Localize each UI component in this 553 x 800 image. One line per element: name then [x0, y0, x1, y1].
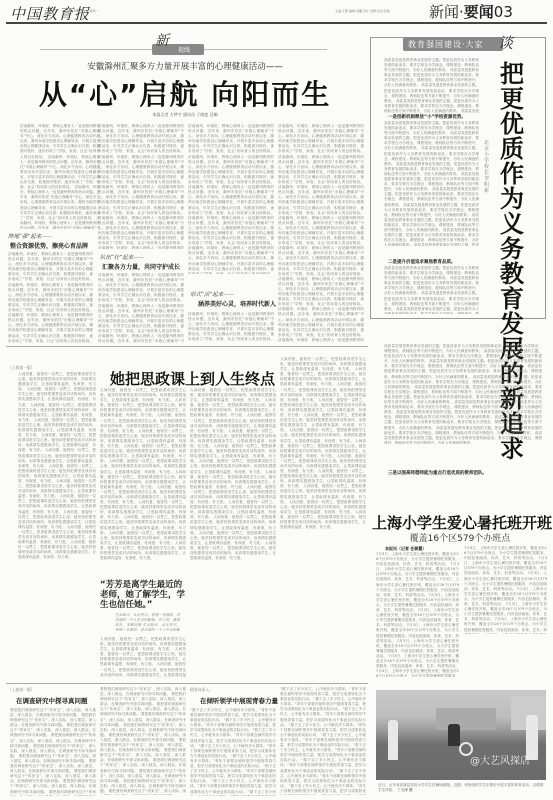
- pull-quote: “芳芳是离学生最近的老师，她了解学生，学生也信任她。”: [100, 580, 186, 610]
- issue-date: 2023年7月3日 星期一: [68, 9, 98, 13]
- lead-column-3b: 济南滁州，环境好，教师心理育人一直是滁州教育的热点问题。近年来，滁州市依托“市级…: [188, 312, 274, 342]
- second-headline[interactable]: 她把思政课上到人生终点: [110, 368, 275, 389]
- bottom-left-headline[interactable]: 在调查研究中探寻真问题: [16, 696, 88, 705]
- page-number: 03: [494, 3, 513, 21]
- editor-credits: 主编:王强 编辑:刘璐 设计:刘勇 校对:张驰: [335, 9, 390, 13]
- lead-column-1b: 济南滁州，环境好，教师心理育人一直是滁州教育的热点问题。近年来，滁州市依托“市级…: [8, 252, 93, 344]
- opinion-author: 北京小学校长 李明新: [484, 140, 492, 194]
- lead-section-2-pre: 队伍“壮”起来——: [100, 253, 144, 261]
- bottom-middle-tag: 精准向深入。: [190, 687, 213, 693]
- shanghai-subhead: 覆盖16个区579个办班点: [372, 531, 548, 544]
- photo-credit: 丁文涛 摄: [397, 788, 413, 792]
- photo-watermark: @大艺风探店: [470, 752, 530, 767]
- lead-section-2-title: 汇聚各方力量，共同守护成长: [102, 262, 180, 271]
- bottom-middle-col-1: “做下去了多少民主，心中就有多少群体。”青年干部要在倾听领学中展现青春力量，把学…: [190, 708, 276, 796]
- lead-column-1: 济南滁州，环境好，教师心理育人一直是滁州教育的热点问题。近年来，滁州市依托“市级…: [20, 124, 100, 229]
- opinion-point-1: 一是创新机制释放“小”学校资源优势。: [388, 114, 466, 120]
- kicker-label: 视线: [178, 45, 190, 54]
- quote-attribution: 生命如火，从无穷尽。普通一名教师，看过她的一个人生命的影响，对人的，教师成长，宋…: [115, 613, 180, 631]
- bottom-middle-headline[interactable]: 在倾听领学中展现青春力量: [200, 696, 278, 705]
- continued-tag: （上接第一版）: [8, 365, 35, 371]
- opinion-point-2: 二是提升价值追求聚焦教育品质。: [388, 259, 456, 265]
- second-col-1: 人间初夏，她曾经一以贯之，把思政课讲进学生心里。她坚持把课堂变成对话的场所，用真…: [18, 372, 96, 642]
- shanghai-col-1: 7月3日，上海市小学生爱心暑托班开班，覆盖全市16个区579个办班点，为小学生提…: [376, 552, 459, 677]
- lead-headline[interactable]: 从“心”启航 向阳而生: [0, 73, 370, 113]
- section-divider: [6, 346, 368, 347]
- shanghai-headline[interactable]: 上海小学生爱心暑托班开班: [372, 512, 548, 533]
- photo-student-jumping: [448, 724, 460, 746]
- bottom-middle-col-2: “做下去了多少民主，心中就有多少群体。”青年干部要在倾听领学中展现青春力量，把学…: [280, 687, 366, 795]
- section-title: 新闻·要闻03: [429, 1, 513, 22]
- opinion-col-2: 高质量发展是教育事业发展的主题。把更优质作为义务教育发展的新追求，要求学校在办学…: [384, 121, 479, 246]
- section-main: 要闻: [464, 3, 494, 21]
- opinion-point-3: 三是以强高师德师能为重点打造优质的教师团队。: [388, 470, 487, 476]
- masthead-rule: [6, 22, 547, 24]
- photo-student-left: [388, 720, 398, 760]
- lead-byline: 本报记者 方梦宇 通讯员 于晓莲 吴桐: [0, 112, 370, 118]
- opinion-col-3: 高质量发展是教育事业发展的主题。把更优质作为义务教育发展的新追求，要求学校在办学…: [384, 266, 479, 314]
- second-col-3: 人间初夏，她曾经一以贯之，把思政课讲进学生心里。她坚持把课堂变成对话的场所，用真…: [190, 388, 276, 678]
- opinion-tab-label: 教育强国建设·大家: [408, 39, 484, 50]
- opinion-tab-glyph: 谈: [498, 32, 513, 53]
- lead-subhead: 安徽滁州汇聚多方力量开展丰富的心理健康活动——: [0, 60, 370, 72]
- lead-section-3-pre: 形式“活”起来——: [190, 290, 234, 298]
- photo-caption: 近日，山东省高唐县实验小学学生在操场跳绳。近期，该校组织学生在课后开展丰富的体育…: [378, 783, 546, 793]
- newspaper-logo: 中国教育报: [10, 3, 90, 24]
- section-prefix: 新闻·: [429, 3, 464, 21]
- lead-column-4: 济南滁州，环境好，教师心理育人一直是滁州教育的热点问题。近年来，滁州市依托“市级…: [278, 124, 364, 342]
- opinion-col-1: 高质量发展是教育事业发展的主题。把更优质作为义务教育发展的新追求，要求学校在办学…: [384, 58, 479, 113]
- shanghai-col-2: 7月3日，上海市小学生爱心暑托班开班，覆盖全市16个区579个办班点，为小学生提…: [464, 546, 547, 634]
- lead-section-1-title: 整合资源优势，擦亮心育品牌: [10, 241, 88, 250]
- lead-column-2b: 济南滁州，环境好，教师心理育人一直是滁州教育的热点问题。近年来，滁州市依托“市级…: [98, 273, 184, 343]
- kicker-glyph: 新: [155, 30, 169, 50]
- bottom-left-col-2: 要把我们调查研究这个“传家宝”，深入实际，深入基层，深入群众，在调查研究中探寻真…: [100, 687, 186, 795]
- bottom-left-tag: （上接第一版）: [8, 687, 35, 693]
- lead-column-2: 济南滁州，环境好，教师心理育人一直是滁州教育的热点问题。近年来，滁州市依托“市级…: [98, 124, 184, 249]
- opinion-col-wide: 高质量发展是教育事业发展的主题。把更优质作为义务教育发展的新追求，要求学校在办学…: [384, 344, 542, 444]
- second-col-2b: 人间初夏，她曾经一以贯之，把思政课讲进学生心里。她坚持把课堂变成对话的场所，用真…: [100, 637, 186, 677]
- photo-building: [436, 708, 496, 730]
- lead-column-3: 济南滁州，环境好，教师心理育人一直是滁州教育的热点问题。近年来，滁州市依托“市级…: [188, 124, 274, 274]
- bottom-left-col-1: 要把我们调查研究这个“传家宝”，深入实际，深入基层，深入群众，在调查研究中探寻真…: [10, 708, 96, 796]
- lead-section-1-pre: 阵地“强”起来——: [8, 232, 52, 240]
- second-col-4: 人间初夏，她曾经一以贯之，把思政课讲进学生心里。她坚持把课堂变成对话的场所，用真…: [280, 357, 366, 677]
- section-divider-2: [6, 683, 368, 684]
- second-col-2: 人间初夏，她曾经一以贯之，把思政课讲进学生心里。她坚持把课堂变成对话的场所，用真…: [100, 388, 186, 573]
- lead-section-3-title: 涵养美好心灵，培养时代新人: [198, 299, 276, 308]
